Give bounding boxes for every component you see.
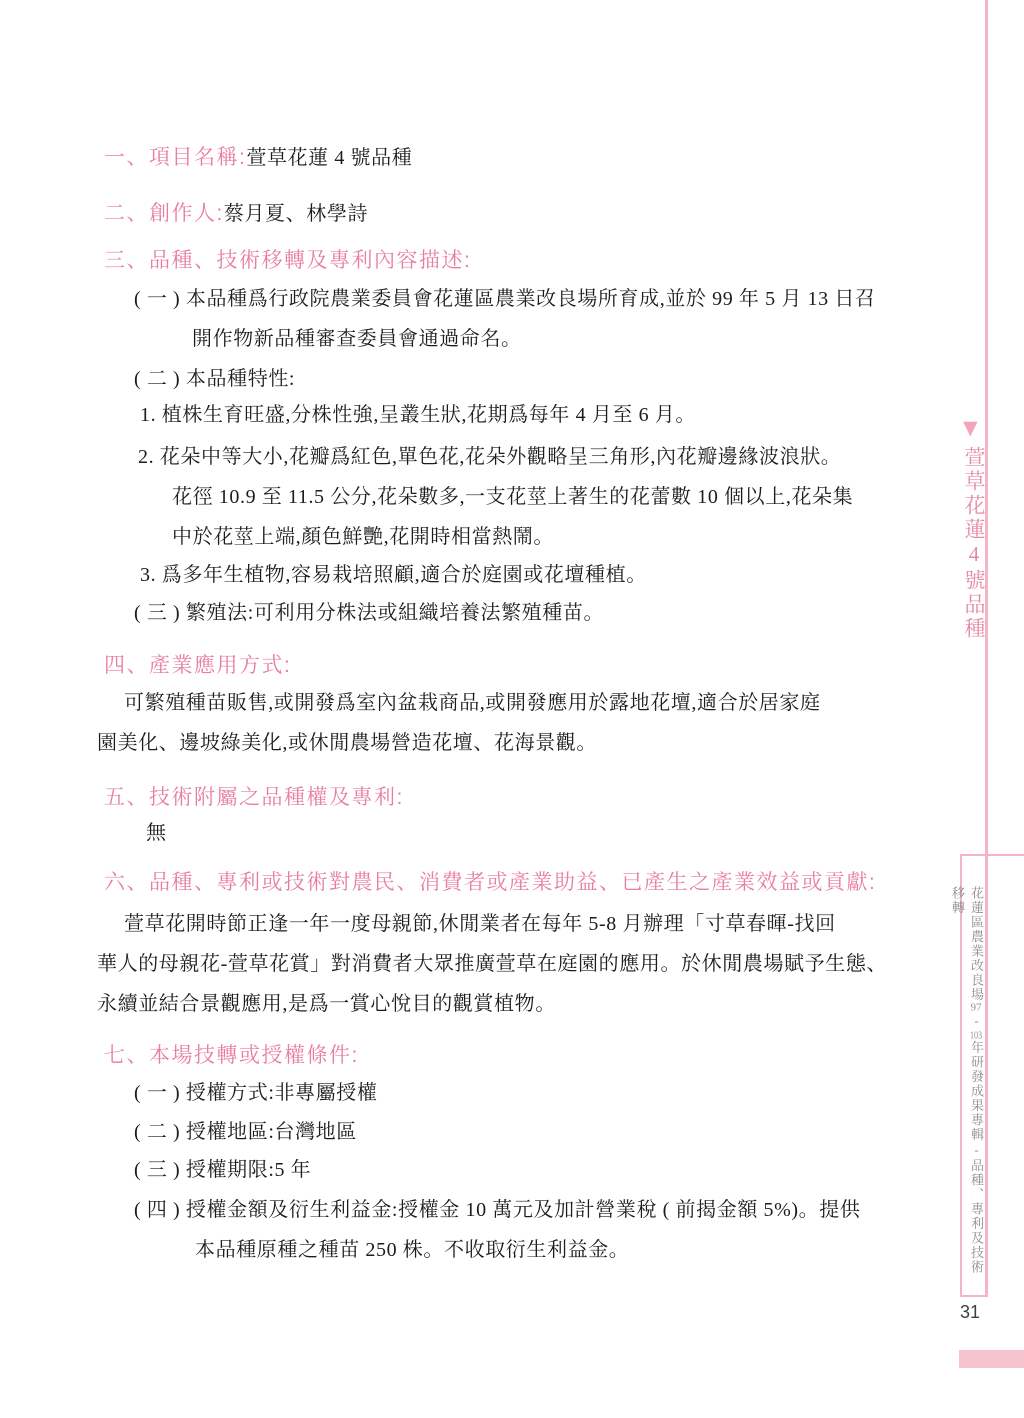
page-number: 31 bbox=[960, 1302, 980, 1323]
heading-text: 二、創作人: bbox=[104, 202, 224, 225]
body-text: 蔡月夏、林學詩 bbox=[224, 203, 368, 225]
publication-label-part: 97 bbox=[970, 1002, 982, 1013]
body-text: 可繁殖種苗販售,或開發爲室內盆栽商品,或開發應用於露地花壇,適合於居家庭 bbox=[124, 692, 821, 714]
body-text: 花徑 10.9 至 11.5 公分,花朵數多,一支花莖上著生的花蕾數 10 個以… bbox=[172, 486, 853, 508]
text-line: 本品種原種之種苗 250 株。不收取衍生利益金。 bbox=[195, 1239, 629, 1261]
text-line: 花徑 10.9 至 11.5 公分,花朵數多,一支花莖上著生的花蕾數 10 個以… bbox=[172, 486, 853, 508]
body-text: ( 一 ) 授權方式:非專屬授權 bbox=[134, 1082, 377, 1104]
triangle-marker-icon: ▼ bbox=[963, 417, 978, 439]
text-line: 3. 爲多年生植物,容易栽培照顧,適合於庭園或花壇種植。 bbox=[140, 564, 647, 586]
text-line: ( 四 ) 授權金額及衍生利益金:授權金 10 萬元及加計營業稅 ( 前揭金額 … bbox=[134, 1199, 860, 1221]
text-line: 永續並結合景觀應用,是爲一賞心悅目的觀賞植物。 bbox=[97, 993, 556, 1015]
body-text: ( 一 ) 本品種爲行政院農業委員會花蓮區農業改良場所育成,並於 99 年 5 … bbox=[134, 288, 876, 310]
heading-text: 四、產業應用方式: bbox=[104, 654, 291, 677]
text-line: ( 三 ) 授權期限:5 年 bbox=[134, 1159, 311, 1181]
body-text: 2. 花朵中等大小,花瓣爲紅色,單色花,花朵外觀略呈三角形,內花瓣邊緣波浪狀。 bbox=[138, 446, 841, 468]
heading-text: 六、品種、專利或技術對農民、消費者或產業助益、已產生之產業效益或貢獻: bbox=[104, 871, 876, 894]
body-text: 永續並結合景觀應用,是爲一賞心悅目的觀賞植物。 bbox=[97, 993, 556, 1015]
body-text: 園美化、邊坡綠美化,或休閒農場營造花壇、花海景觀。 bbox=[97, 732, 597, 754]
publication-label-part: 花蓮區農業改良場 bbox=[969, 886, 984, 1002]
body-text: ( 三 ) 授權期限:5 年 bbox=[134, 1159, 311, 1181]
publication-label-part: - bbox=[969, 1013, 984, 1030]
heading-text: 七、本場技轉或授權條件: bbox=[104, 1044, 359, 1067]
body-text: ( 三 ) 繁殖法:可利用分株法或組織培養法繁殖種苗。 bbox=[134, 602, 604, 624]
text-line: 園美化、邊坡綠美化,或休閒農場營造花壇、花海景觀。 bbox=[97, 732, 597, 754]
text-line: 無 bbox=[146, 822, 167, 844]
body-text: 萱草花蓮 4 號品種 bbox=[246, 147, 412, 169]
caption-box-border-bottom bbox=[960, 1295, 988, 1297]
section-heading-line: 七、本場技轉或授權條件: bbox=[104, 1044, 359, 1067]
text-line: ( 三 ) 繁殖法:可利用分株法或組織培養法繁殖種苗。 bbox=[134, 602, 604, 624]
sidebar-variety-label: 萱草花蓮4號品種 bbox=[957, 446, 989, 666]
text-line: ( 一 ) 授權方式:非專屬授權 bbox=[134, 1082, 377, 1104]
body-text: ( 二 ) 授權地區:台灣地區 bbox=[134, 1121, 357, 1143]
sidebar-publication-label: 花蓮區農業改良場97-103年研發成果專輯-品種、專利及技術移轉 bbox=[961, 886, 986, 1288]
body-text: 無 bbox=[146, 822, 167, 844]
text-line: 可繁殖種苗販售,或開發爲室內盆栽商品,或開發應用於露地花壇,適合於居家庭 bbox=[124, 692, 821, 714]
body-text: 萱草花開時節正逢一年一度母親節,休閒業者在每年 5-8 月辦理「寸草春暉-找回 bbox=[124, 913, 836, 935]
section-heading-line: 五、技術附屬之品種權及專利: bbox=[104, 786, 404, 809]
body-text: 開作物新品種審查委員會通過命名。 bbox=[192, 328, 522, 350]
text-line: ( 二 ) 授權地區:台灣地區 bbox=[134, 1121, 357, 1143]
section-heading-line: 三、品種、技術移轉及專利內容描述: bbox=[104, 249, 471, 272]
body-text: ( 二 ) 本品種特性: bbox=[134, 368, 295, 390]
section-heading-line: 二、創作人:蔡月夏、林學詩 bbox=[104, 202, 368, 225]
document-page: 一、項目名稱:萱草花蓮 4 號品種二、創作人:蔡月夏、林學詩三、品種、技術移轉及… bbox=[0, 0, 1024, 1418]
body-text: ( 四 ) 授權金額及衍生利益金:授權金 10 萬元及加計營業稅 ( 前揭金額 … bbox=[134, 1199, 860, 1221]
heading-text: 五、技術附屬之品種權及專利: bbox=[104, 786, 404, 809]
section-heading-line: 一、項目名稱:萱草花蓮 4 號品種 bbox=[104, 146, 412, 169]
heading-text: 一、項目名稱: bbox=[104, 146, 246, 169]
body-text: 中於花莖上端,顏色鮮艷,花開時相當熱鬧。 bbox=[172, 526, 554, 548]
body-text: 華人的母親花-萱草花賞」對消費者大眾推廣萱草在庭園的應用。於休閒農場賦予生態、 bbox=[97, 953, 887, 975]
body-text: 本品種原種之種苗 250 株。不收取衍生利益金。 bbox=[195, 1239, 629, 1261]
publication-label-part: 103 bbox=[970, 1030, 982, 1041]
section-heading-line: 四、產業應用方式: bbox=[104, 654, 291, 677]
section-heading-line: 六、品種、專利或技術對農民、消費者或產業助益、已產生之產業效益或貢獻: bbox=[104, 871, 876, 894]
caption-box-border-top bbox=[960, 854, 1024, 856]
footer-pink-bar bbox=[959, 1350, 1024, 1368]
text-line: 開作物新品種審查委員會通過命名。 bbox=[192, 328, 522, 350]
body-text: 3. 爲多年生植物,容易栽培照顧,適合於庭園或花壇種植。 bbox=[140, 564, 647, 586]
text-line: ( 二 ) 本品種特性: bbox=[134, 368, 295, 390]
heading-text: 三、品種、技術移轉及專利內容描述: bbox=[104, 249, 471, 272]
text-line: ( 一 ) 本品種爲行政院農業委員會花蓮區農業改良場所育成,並於 99 年 5 … bbox=[134, 288, 876, 310]
body-text: 1. 植株生育旺盛,分株性強,呈叢生狀,花期爲每年 4 月至 6 月。 bbox=[140, 404, 696, 426]
text-line: 中於花莖上端,顏色鮮艷,花開時相當熱鬧。 bbox=[172, 526, 554, 548]
text-line: 華人的母親花-萱草花賞」對消費者大眾推廣萱草在庭園的應用。於休閒農場賦予生態、 bbox=[97, 953, 887, 975]
text-line: 萱草花開時節正逢一年一度母親節,休閒業者在每年 5-8 月辦理「寸草春暉-找回 bbox=[124, 913, 836, 935]
text-line: 2. 花朵中等大小,花瓣爲紅色,單色花,花朵外觀略呈三角形,內花瓣邊緣波浪狀。 bbox=[138, 446, 841, 468]
text-line: 1. 植株生育旺盛,分株性強,呈叢生狀,花期爲每年 4 月至 6 月。 bbox=[140, 404, 696, 426]
